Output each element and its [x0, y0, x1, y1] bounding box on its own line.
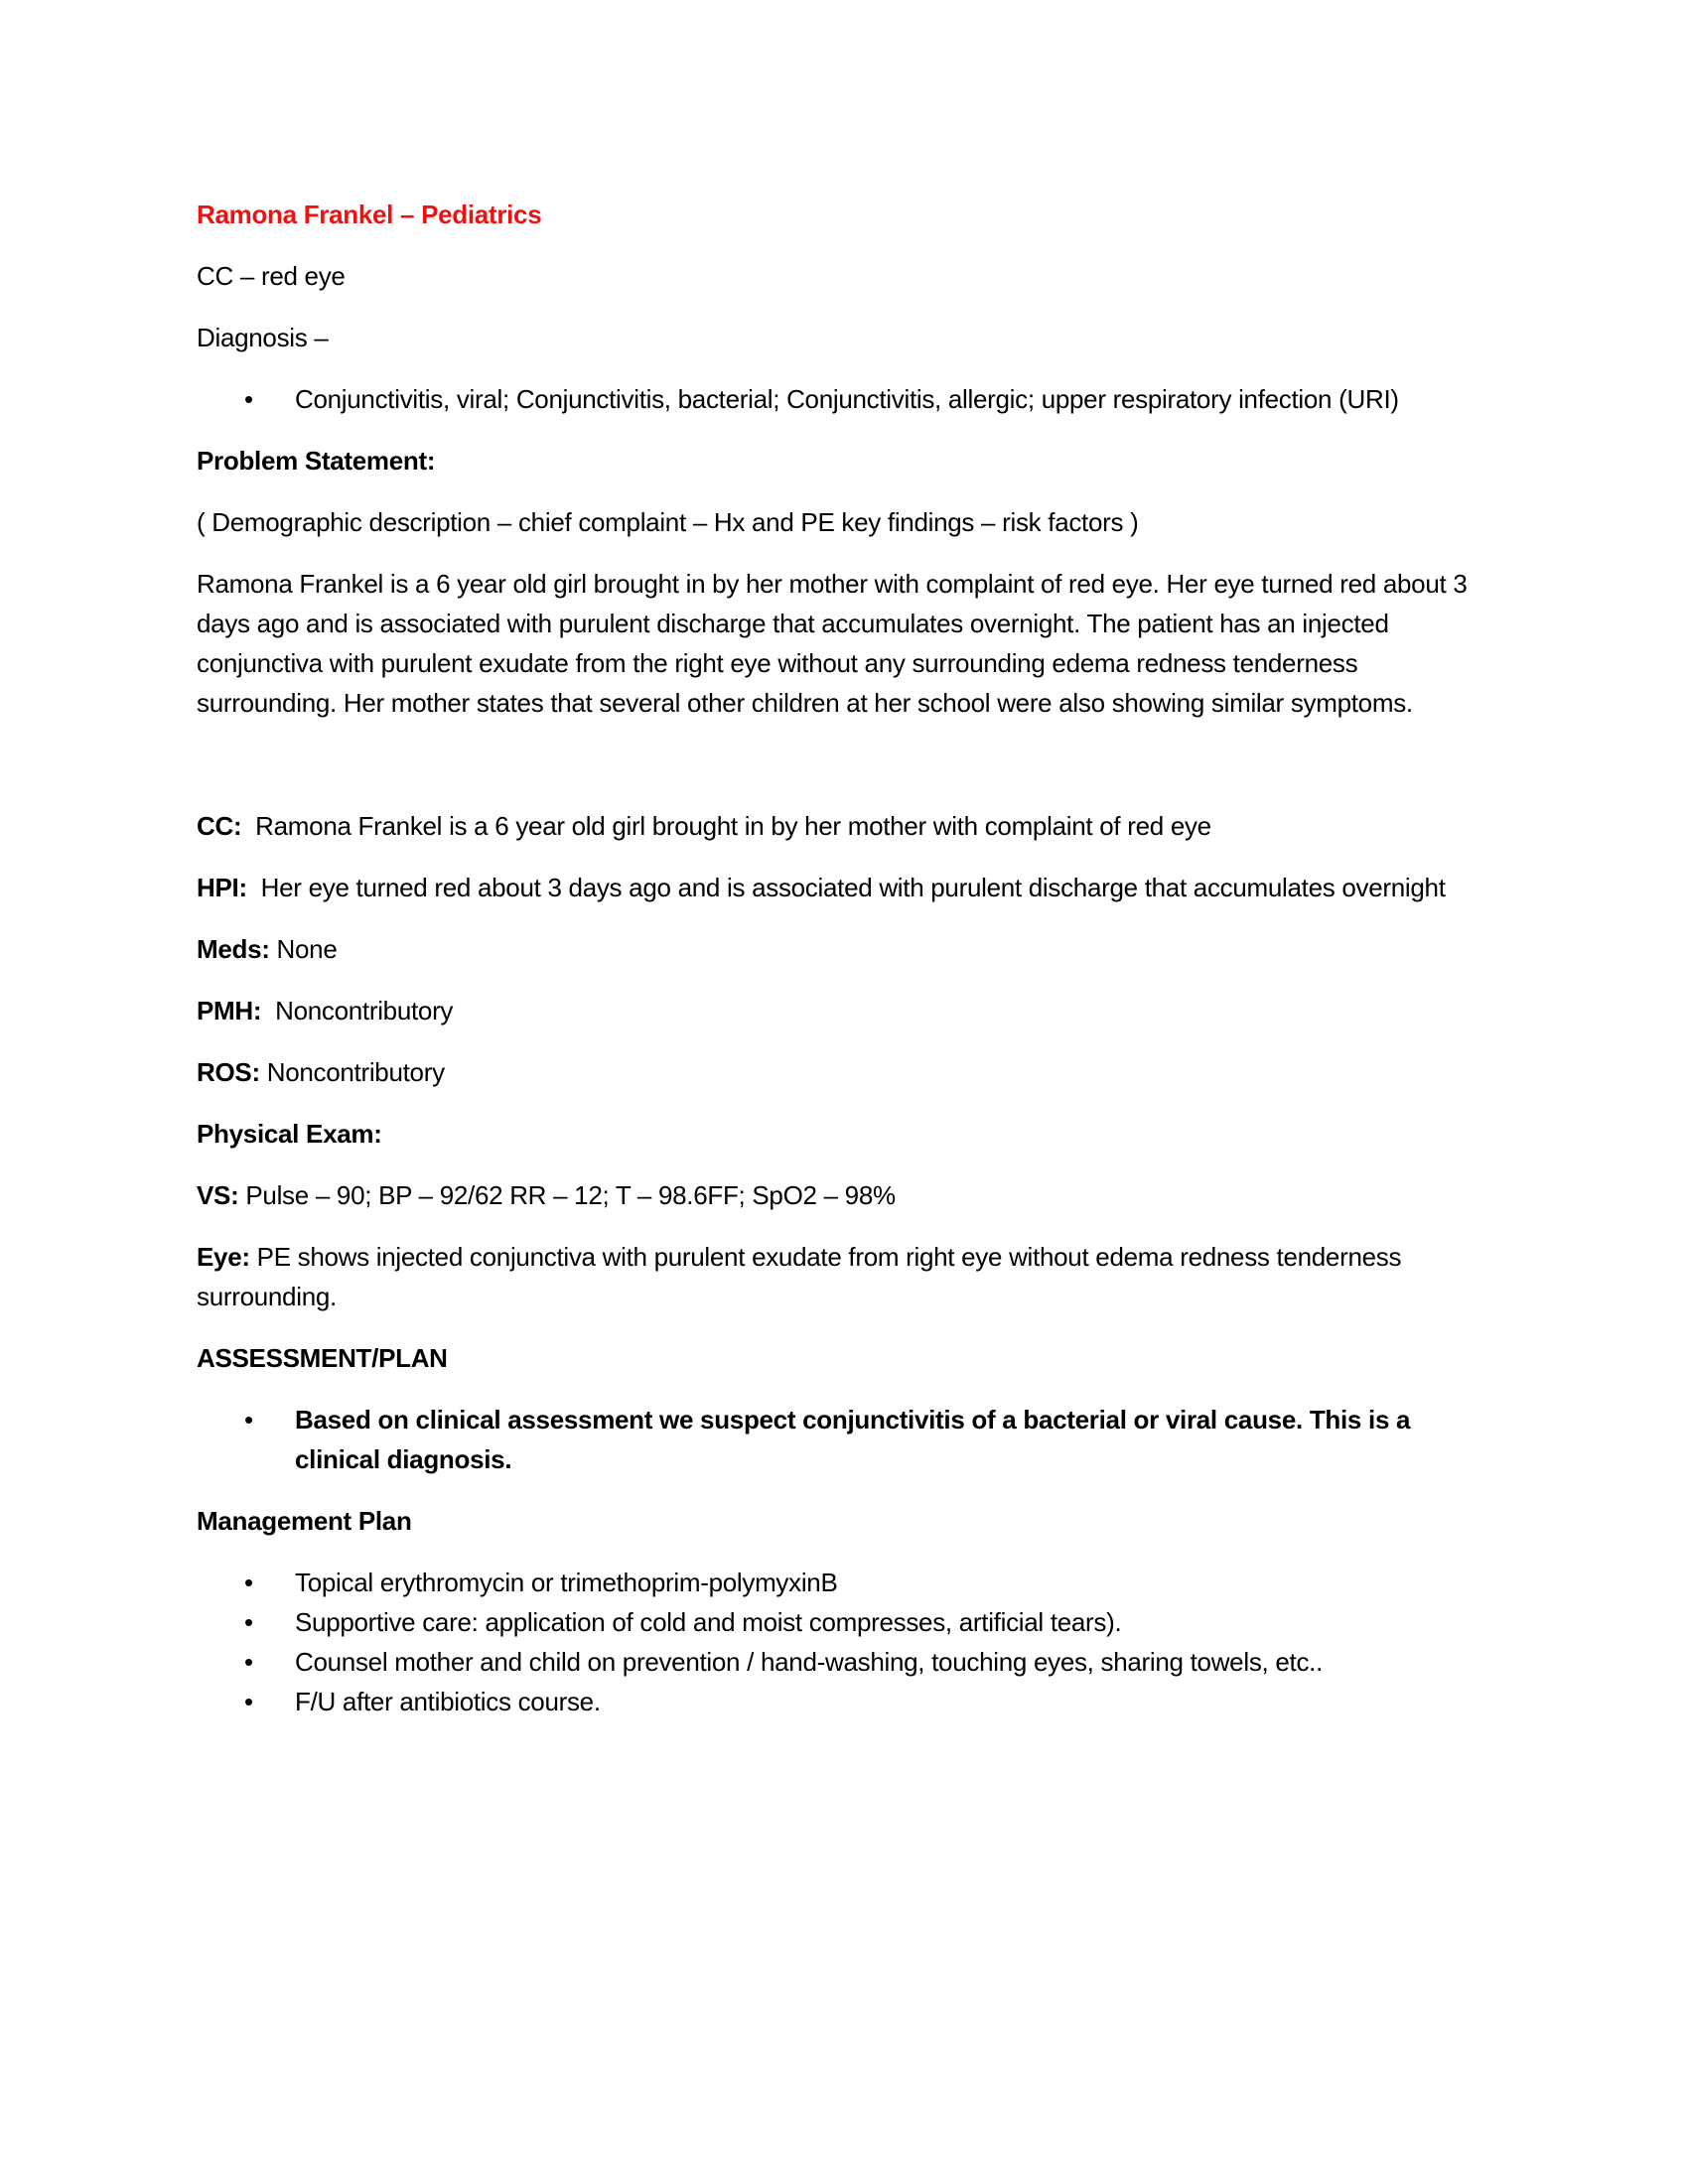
bullet-icon: •: [244, 1602, 253, 1642]
bullet-icon: •: [244, 1400, 253, 1439]
diagnosis-label: Diagnosis –: [197, 318, 1468, 357]
vital-signs: VS: Pulse – 90; BP – 92/62 RR – 12; T – …: [197, 1175, 1468, 1215]
physical-exam-heading: Physical Exam:: [197, 1114, 1468, 1154]
document-page: Ramona Frankel – Pediatrics CC – red eye…: [197, 195, 1468, 1743]
eye-exam: Eye: PE shows injected conjunctiva with …: [197, 1237, 1468, 1316]
history-hpi: HPI: Her eye turned red about 3 days ago…: [197, 868, 1468, 907]
list-item: •Topical erythromycin or trimethoprim-po…: [197, 1563, 1468, 1602]
management-list: •Topical erythromycin or trimethoprim-po…: [197, 1563, 1468, 1721]
history-ros: ROS: Noncontributory: [197, 1052, 1468, 1092]
problem-statement-heading: Problem Statement:: [197, 441, 1468, 480]
diagnosis-list: •Conjunctivitis, viral; Conjunctivitis, …: [197, 379, 1468, 419]
list-item: •F/U after antibiotics course.: [197, 1682, 1468, 1721]
assessment-heading: ASSESSMENT/PLAN: [197, 1338, 1468, 1378]
management-heading: Management Plan: [197, 1501, 1468, 1541]
history-cc: CC: Ramona Frankel is a 6 year old girl …: [197, 806, 1468, 846]
bullet-icon: •: [244, 1563, 253, 1602]
document-title: Ramona Frankel – Pediatrics: [197, 195, 1468, 234]
bullet-icon: •: [244, 1682, 253, 1721]
history-pmh: PMH: Noncontributory: [197, 991, 1468, 1030]
chief-complaint-line: CC – red eye: [197, 256, 1468, 296]
problem-statement-template: ( Demographic description – chief compla…: [197, 502, 1468, 542]
bullet-icon: •: [244, 1642, 253, 1682]
history-meds: Meds: None: [197, 929, 1468, 969]
list-item: •Based on clinical assessment we suspect…: [197, 1400, 1468, 1479]
spacer: [197, 745, 1468, 806]
list-item: •Counsel mother and child on prevention …: [197, 1642, 1468, 1682]
list-item: •Conjunctivitis, viral; Conjunctivitis, …: [197, 379, 1468, 419]
assessment-list: •Based on clinical assessment we suspect…: [197, 1400, 1468, 1479]
list-item: •Supportive care: application of cold an…: [197, 1602, 1468, 1642]
problem-statement-text: Ramona Frankel is a 6 year old girl brou…: [197, 564, 1468, 723]
bullet-icon: •: [244, 379, 253, 419]
